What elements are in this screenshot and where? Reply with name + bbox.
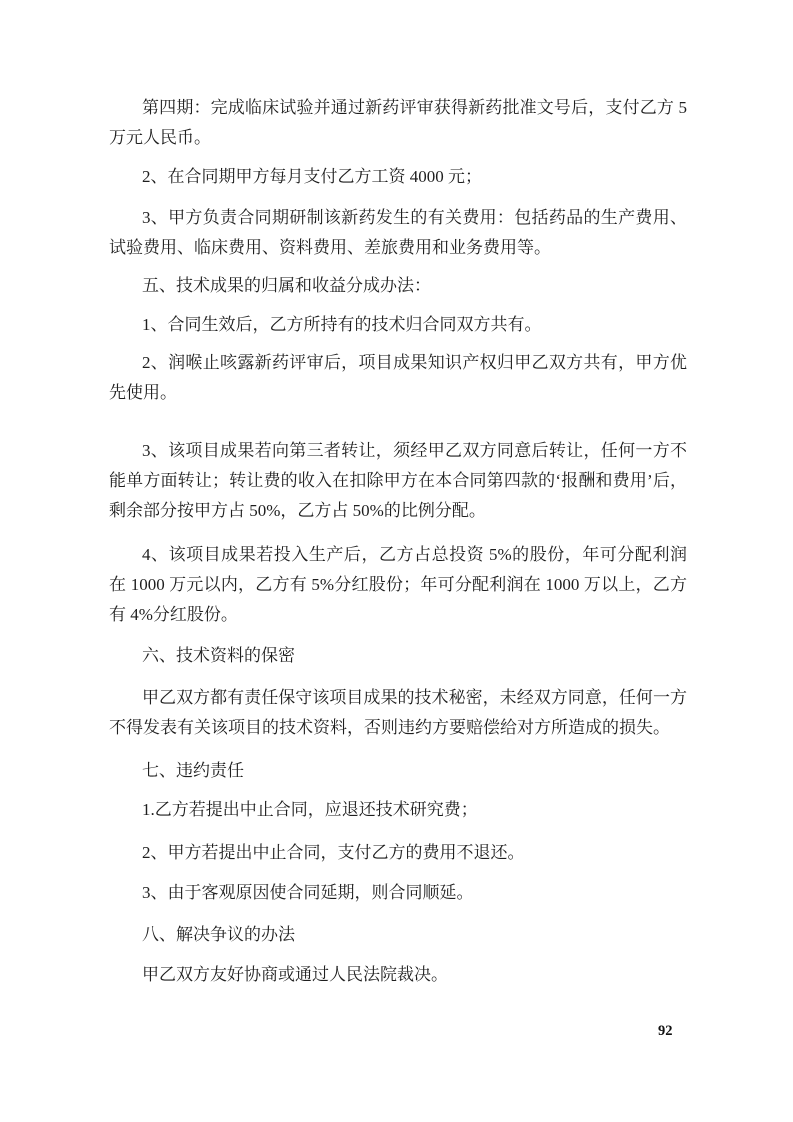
paragraph-breach-party-a: 2、甲方若提出中止合同，支付乙方的费用不退还。 <box>109 838 687 868</box>
document-page: 第四期：完成临床试验并通过新药评审获得新药批准文号后，支付乙方 5 万元人民币。… <box>0 0 793 1122</box>
paragraph-dispute-resolution: 甲乙双方友好协商或通过人民法院裁决。 <box>109 960 687 990</box>
section-heading-8-dispute: 八、解决争议的办法 <box>109 920 687 950</box>
section-heading-7-breach: 七、违约责任 <box>109 756 687 786</box>
contract-body: 第四期：完成临床试验并通过新药评审获得新药批准文号后，支付乙方 5 万元人民币。… <box>109 93 687 990</box>
paragraph-breach-party-b: 1.乙方若提出中止合同，应退还技术研究费； <box>109 795 687 825</box>
paragraph-phase4-payment: 第四期：完成临床试验并通过新药评审获得新药批准文号后，支付乙方 5 万元人民币。 <box>109 93 687 153</box>
paragraph-ownership-ip: 2、润喉止咳露新药评审后，项目成果知识产权归甲乙双方共有，甲方优先使用。 <box>109 348 687 408</box>
paragraph-dividend-shares: 4、该项目成果若投入生产后，乙方占总投资 5%的股份，年可分配利润在 1000 … <box>109 540 687 630</box>
paragraph-research-expenses: 3、甲方负责合同期研制该新药发生的有关费用：包括药品的生产费用、试验费用、临床费… <box>109 203 687 263</box>
section-heading-5-ownership: 五、技术成果的归属和收益分成办法： <box>109 271 687 301</box>
paragraph-confidentiality-duty: 甲乙双方都有责任保守该项目成果的技术秘密，未经双方同意，任何一方不得发表有关该项… <box>109 683 687 743</box>
paragraph-monthly-salary: 2、在合同期甲方每月支付乙方工资 4000 元； <box>109 162 687 192</box>
page-number: 92 <box>658 1024 673 1038</box>
paragraph-breach-delay: 3、由于客观原因使合同延期，则合同顺延。 <box>109 878 687 908</box>
section-heading-6-confidentiality: 六、技术资料的保密 <box>109 641 687 671</box>
paragraph-transfer-terms: 3、该项目成果若向第三者转让，须经甲乙双方同意后转让，任何一方不能单方面转让；转… <box>109 436 687 526</box>
paragraph-ownership-effective: 1、合同生效后，乙方所持有的技术归合同双方共有。 <box>109 310 687 340</box>
